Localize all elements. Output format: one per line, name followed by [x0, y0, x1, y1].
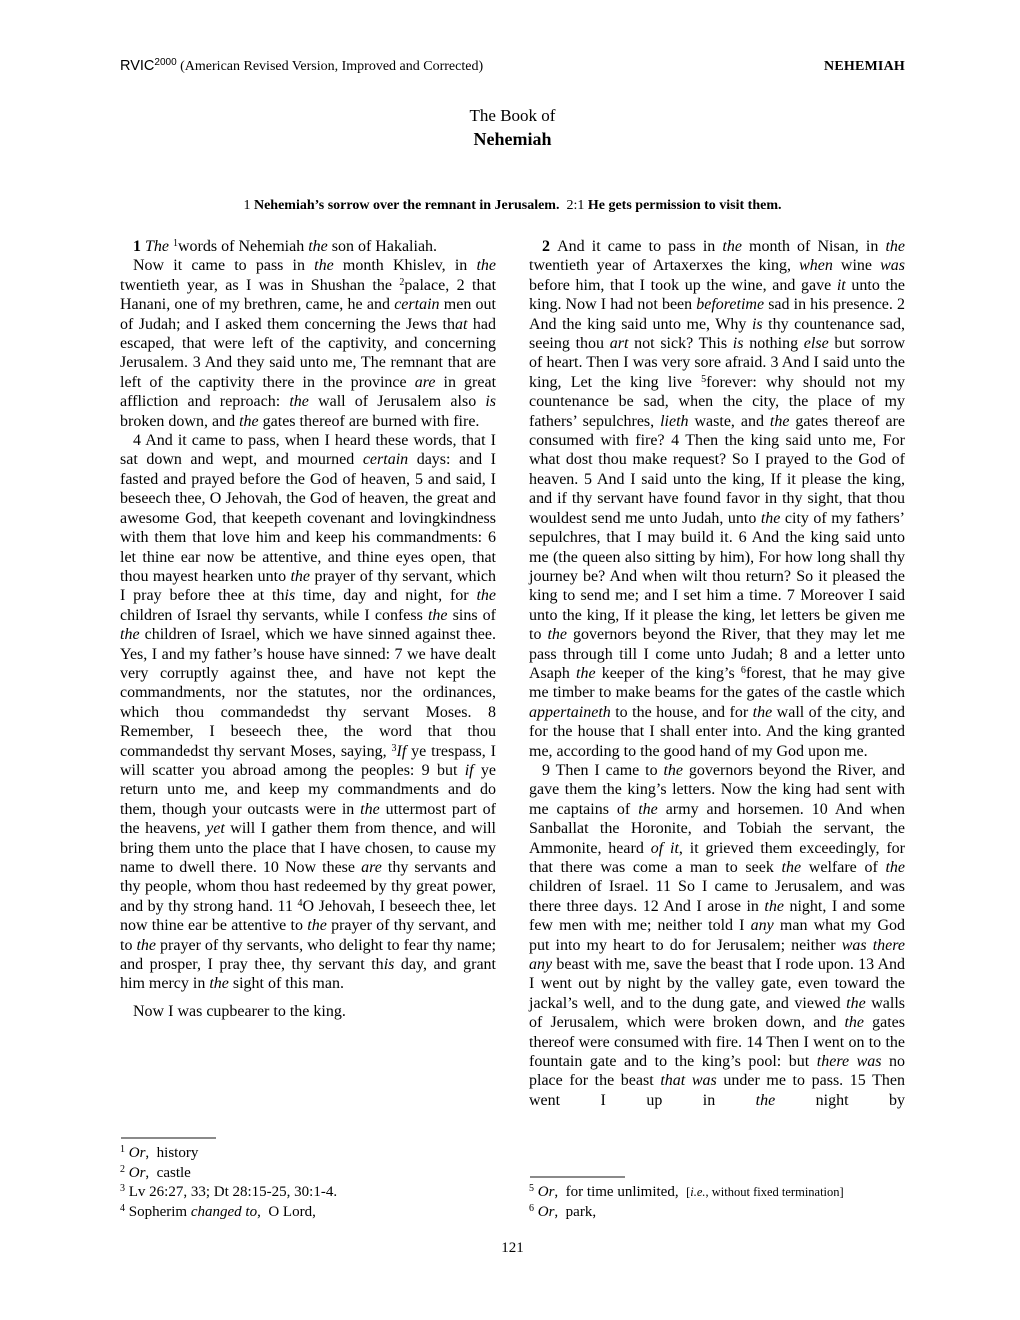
footnote-marker: 6 [529, 1203, 534, 1214]
text-run: the [753, 704, 777, 721]
text-run: If [396, 743, 411, 760]
text-run: is [384, 956, 395, 973]
footnote-marker: 6 [741, 665, 746, 676]
text-run: the [885, 859, 905, 876]
verse-paragraph: 4 And it came to pass, when I heard thes… [120, 431, 496, 994]
footnote-marker: 3 [391, 743, 396, 754]
text-run: month Khislev, in [343, 257, 477, 274]
text-run: when [799, 257, 841, 274]
text-run: 9 Then I came to [542, 762, 663, 779]
text-run: the [289, 393, 318, 410]
text-run: The [145, 238, 173, 255]
text-run: are [361, 859, 388, 876]
text-run: the [428, 607, 453, 624]
text-run: that was [660, 1072, 723, 1089]
text-run: the [576, 665, 602, 682]
text-run: 2:1 [559, 198, 587, 213]
text-run: the [761, 510, 785, 527]
text-run: Or [538, 1204, 555, 1220]
page-number: 121 [120, 1240, 905, 1257]
footnote-separator [121, 1137, 216, 1139]
text-run: Now I was cupbearer to the king. [133, 1003, 346, 1020]
book-title-line1: The Book of [120, 106, 905, 126]
text-run: , history [145, 1145, 198, 1161]
left-footnotes: 1 Or, history 2 Or, castle 3 Lv 26:27, 3… [120, 1137, 496, 1222]
text-run: Sopherim [125, 1204, 191, 1220]
book-title: The Book of Nehemiah [120, 106, 905, 150]
text-run: son of Hakaliah. [332, 238, 437, 255]
running-header: RVIC2000 (American Revised Version, Impr… [120, 58, 905, 75]
text-run: is [485, 393, 496, 410]
text-run: welfare of [809, 859, 886, 876]
document-page: RVIC2000 (American Revised Version, Impr… [0, 0, 1020, 1320]
text-run: was [880, 257, 905, 274]
text-run: beforetime [696, 296, 768, 313]
text-run: twentieth year, as I was in Shushan the [120, 277, 399, 294]
footnote-marker: 5 [701, 374, 706, 385]
text-run: the [844, 1014, 872, 1031]
text-run: the [360, 801, 385, 818]
text-run: the [885, 238, 905, 255]
footnote: 3 Lv 26:27, 33; Dt 28:15-25, 30:1-4. [120, 1183, 496, 1202]
footnote: 1 Or, history [120, 1144, 496, 1163]
text-run: are [415, 374, 444, 391]
text-run: appertaineth [529, 704, 615, 721]
text-run: to the house, and for [615, 704, 752, 721]
text-run: the [307, 917, 331, 934]
text-run: gates thereof are burned with fire. [263, 413, 480, 430]
text-run: the [239, 413, 263, 430]
footnote-marker: 1 [173, 238, 178, 249]
text-run: night by [816, 1092, 905, 1109]
text-run: 1 [243, 198, 254, 213]
text-run: children of Israel thy servants, while I… [120, 607, 428, 624]
text-run: the [770, 413, 796, 430]
edition-label: RVIC2000 (American Revised Version, Impr… [120, 58, 483, 75]
text-run: any [751, 917, 780, 934]
right-footnotes: 5 Or, for time unlimited, [i.e., without… [529, 1176, 905, 1222]
text-run: words of Nehemiah [178, 238, 308, 255]
text-run: changed to [191, 1204, 257, 1220]
text-run: is [733, 335, 749, 352]
text-run: days: and I fasted and prayed before the… [120, 451, 496, 584]
text-run: is [285, 587, 296, 604]
text-run: the [290, 568, 314, 585]
text-run: broken down, and [120, 413, 239, 430]
text-run: Or [129, 1165, 146, 1181]
text-run: , without fixed termination] [706, 1185, 844, 1199]
text-run: if [465, 762, 481, 779]
text-run: is [752, 316, 768, 333]
text-run: twentieth year of Artaxerxes the king, [529, 257, 799, 274]
text-run: nothing [749, 335, 804, 352]
text-run: , O Lord, [257, 1204, 316, 1220]
text-run: Nehemiah’s sorrow over the remnant in Je… [254, 198, 560, 213]
text-run: certain [363, 451, 417, 468]
text-run: Or [538, 1184, 555, 1200]
text-run: Or [129, 1145, 146, 1161]
text-run: there was [817, 1053, 889, 1070]
verse-paragraph: 1 The 1words of Nehemiah the son of Haka… [120, 237, 496, 256]
text-run: the [764, 898, 789, 915]
text-run: wine [841, 257, 880, 274]
footnote-marker: 2 [120, 1164, 125, 1175]
text-run: 1 [133, 238, 145, 255]
text-run: the [314, 257, 343, 274]
text-run: children of Israel, which we have sinned… [120, 626, 496, 759]
text-run: city of my fathers’ sepulchres, that I m… [529, 510, 905, 643]
book-name-header: NEHEMIAH [824, 59, 905, 75]
text-run: waste, and [694, 413, 769, 430]
text-run: the [846, 995, 871, 1012]
text-run: at [455, 316, 467, 333]
text-run: lieth [660, 413, 694, 430]
text-run: (American Revised Version, Improved and … [177, 59, 483, 74]
text-run: i.e. [690, 1185, 705, 1199]
text-run: He gets permission to visit them. [588, 198, 782, 213]
text-run: the [308, 238, 332, 255]
text-run: the [663, 762, 688, 779]
chapter-summary: 1 Nehemiah’s sorrow over the remnant in … [120, 198, 905, 214]
verse-paragraph: 9 Then I came to the governors beyond th… [529, 761, 905, 1110]
footnote-marker: 4 [298, 898, 303, 909]
text-run: of it [651, 840, 679, 857]
text-run: sins of [453, 607, 496, 624]
footnote-marker: 5 [529, 1183, 534, 1194]
text-run: RVIC [120, 58, 154, 74]
verse-paragraph: Now I was cupbearer to the king. [120, 1002, 496, 1021]
footnote: 6 Or, park, [529, 1203, 905, 1222]
text-run: else [804, 335, 835, 352]
book-title-line2: Nehemiah [120, 129, 905, 150]
text-run: wall of Jerusalem also [318, 393, 485, 410]
text-run: month of Nisan, in [749, 238, 885, 255]
text-run: Now it came to pass in [133, 257, 314, 274]
text-run: 2 [542, 238, 557, 255]
text-run: , park, [554, 1204, 596, 1220]
footnote: 5 Or, for time unlimited, [i.e., without… [529, 1183, 905, 1202]
footnote-marker: 1 [120, 1144, 125, 1155]
text-run: art [610, 335, 634, 352]
left-column: 1 The 1words of Nehemiah the son of Haka… [120, 237, 496, 1222]
text-run: the [476, 587, 496, 604]
text-run: the [547, 626, 573, 643]
footnote-separator [530, 1176, 625, 1178]
text-columns: 1 The 1words of Nehemiah the son of Haka… [120, 237, 905, 1222]
text-run: keeper of the king’s [602, 665, 741, 682]
footnote: 2 Or, castle [120, 1164, 496, 1183]
text-run: the [782, 859, 809, 876]
text-run: , castle [145, 1165, 190, 1181]
verse-paragraph: Now it came to pass in the month Khislev… [120, 256, 496, 431]
verse-paragraph: 2 And it came to pass in the month of Ni… [529, 237, 905, 761]
footnote-marker: 2 [399, 277, 404, 288]
text-run: the [209, 975, 233, 992]
text-run: not sick? This [634, 335, 733, 352]
text-run: it [837, 277, 852, 294]
footnote-marker: 4 [120, 1203, 125, 1214]
text-run: the [638, 801, 666, 818]
right-column: 2 And it came to pass in the month of Ni… [529, 237, 905, 1222]
footnote-marker: 3 [120, 1183, 125, 1194]
text-run: before him, that I took up the wine, and… [529, 277, 837, 294]
text-run: Lv 26:27, 33; Dt 28:15-25, 30:1-4. [125, 1184, 337, 1200]
text-run: yet [206, 820, 230, 837]
text-run: sight of this man. [233, 975, 344, 992]
text-run: the [756, 1092, 816, 1109]
text-run: , for time unlimited, [554, 1184, 686, 1200]
text-run: the [476, 257, 496, 274]
text-run: time, day and night, for [295, 587, 476, 604]
footnote: 4 Sopherim changed to, O Lord, [120, 1203, 496, 1222]
text-run: the [722, 238, 749, 255]
footnote-marker: 2000 [154, 57, 176, 68]
text-run: the [136, 937, 160, 954]
text-run: certain [394, 296, 444, 313]
text-run: And it came to pass in [557, 238, 722, 255]
text-run: the [120, 626, 145, 643]
